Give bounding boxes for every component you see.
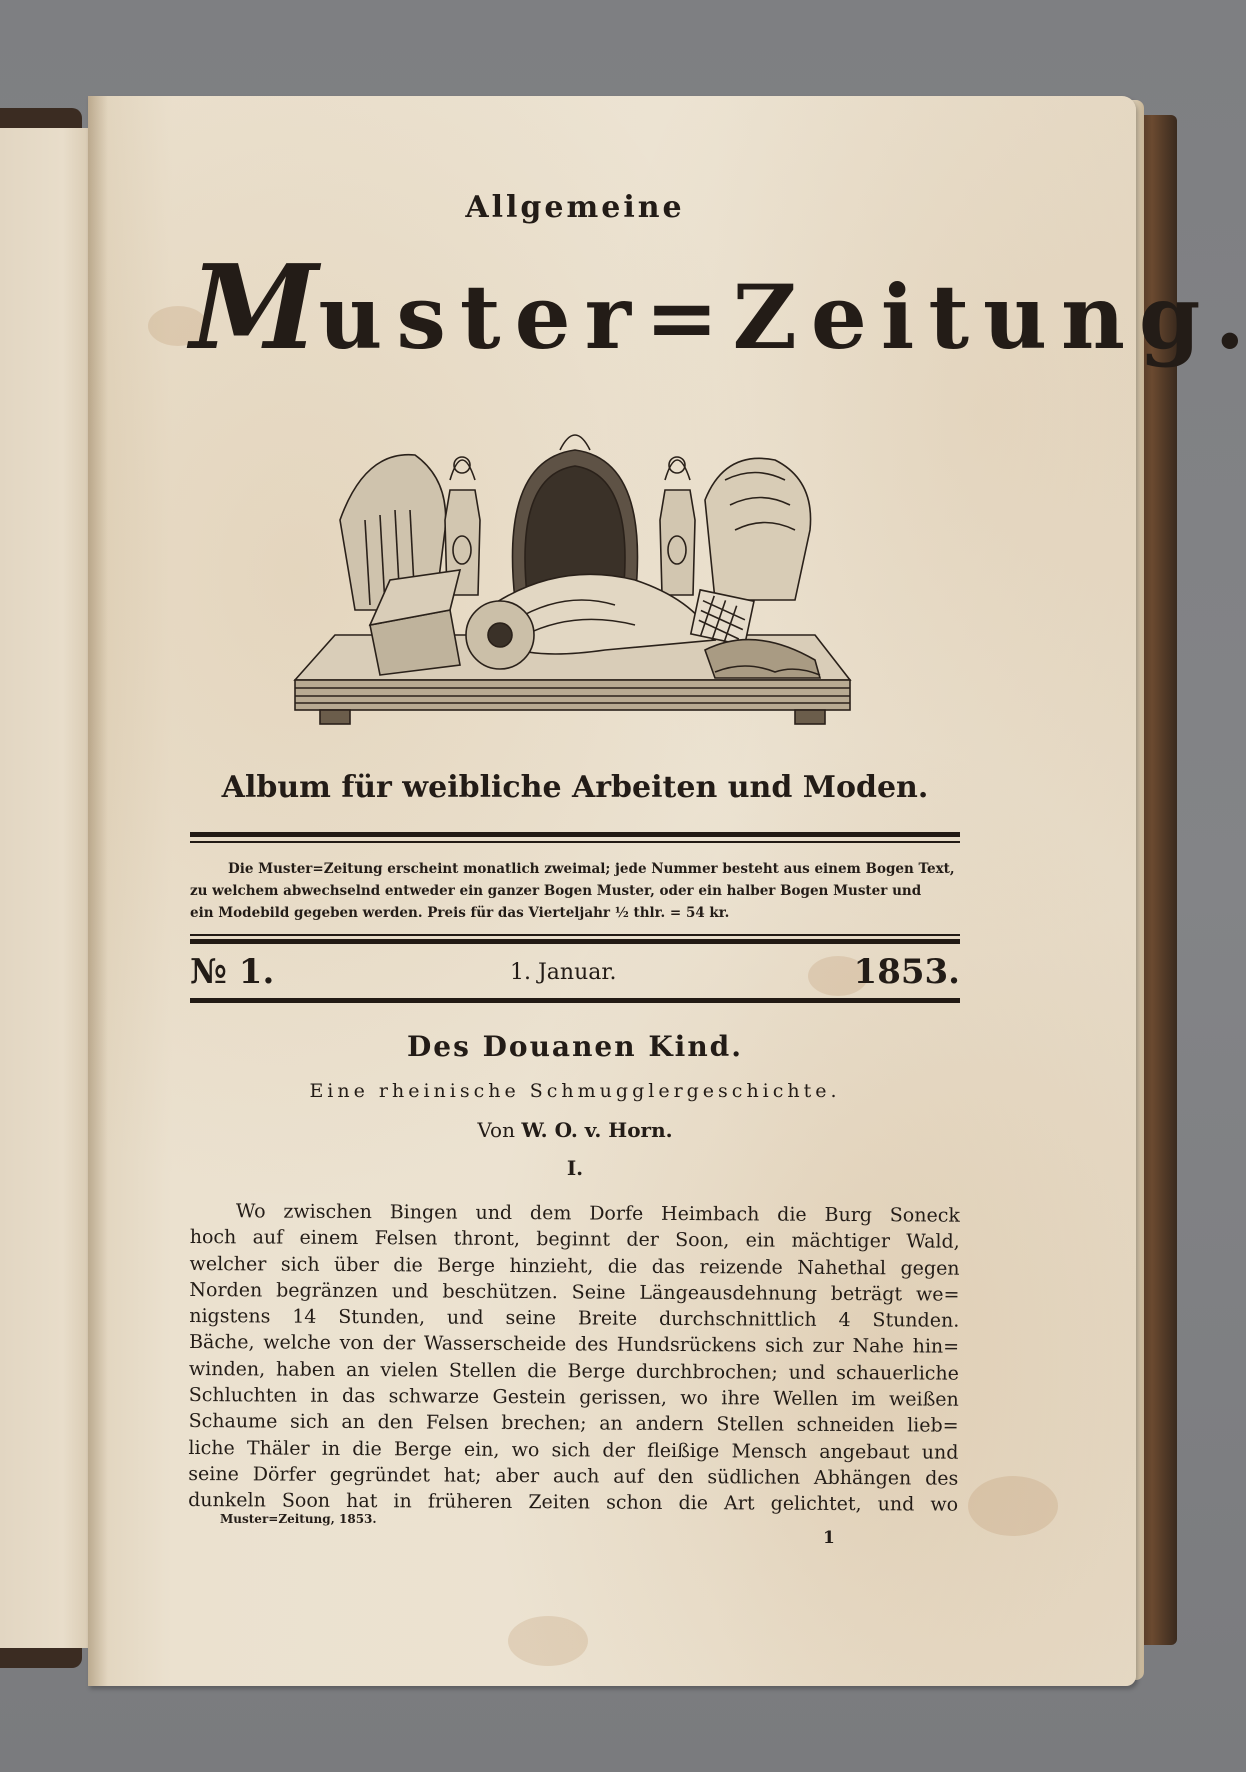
author-name: W. O. v. Horn. xyxy=(521,1118,672,1142)
masthead-kicker: Allgemeine xyxy=(190,190,960,225)
story-subtitle: Eine rheinische Schmugglergeschichte. xyxy=(190,1080,960,1102)
foxing-stain xyxy=(968,1476,1058,1536)
byline-prefix: Von xyxy=(477,1118,515,1142)
page-number: 1 xyxy=(823,1528,835,1548)
issue-number: № 1. xyxy=(190,952,274,992)
masthead-subtitle: Album für weibliche Arbeiten und Moden. xyxy=(190,770,960,805)
foxing-stain xyxy=(508,1616,588,1666)
rule-bottom-thick xyxy=(190,998,960,1003)
rule-mid-thick xyxy=(190,939,960,944)
chapter-number: I. xyxy=(190,1156,960,1180)
masthead-initial: M xyxy=(190,240,318,376)
masthead-rest: uster=Zeitung. xyxy=(318,265,1246,369)
subscription-notice: Die Muster=Zeitung erscheint monatlich z… xyxy=(190,858,960,924)
masthead-title: Muster=Zeitung. xyxy=(190,250,960,366)
footer-signature: Muster=Zeitung, 1853. xyxy=(220,1512,377,1526)
notice-line: ein Modebild gegeben werden. Preis für d… xyxy=(190,902,960,924)
issue-year: 1853. xyxy=(854,952,960,992)
rule-top-thin xyxy=(190,841,960,843)
notice-line: Die Muster=Zeitung erscheint monatlich z… xyxy=(190,858,960,880)
left-facing-page xyxy=(0,128,91,1648)
story-byline: Von W. O. v. Horn. xyxy=(190,1118,960,1142)
engraving-illustration xyxy=(275,410,865,750)
notice-line: zu welchem abwechselnd entweder ein ganz… xyxy=(190,880,960,902)
page-gutter-shadow xyxy=(88,96,108,1686)
issue-info-row: № 1. 1. Januar. 1853. xyxy=(190,948,960,998)
issue-date: 1. Januar. xyxy=(510,960,616,985)
story-title: Des Douanen Kind. xyxy=(190,1030,960,1063)
story-body: Wo zwischen Bingen und dem Dorfe Heimbac… xyxy=(188,1198,960,1518)
rule-mid-thin xyxy=(190,934,960,936)
body-line: hoch auf einem Felsen thront, beginnt de… xyxy=(190,1224,960,1255)
rule-top-thick xyxy=(190,832,960,837)
